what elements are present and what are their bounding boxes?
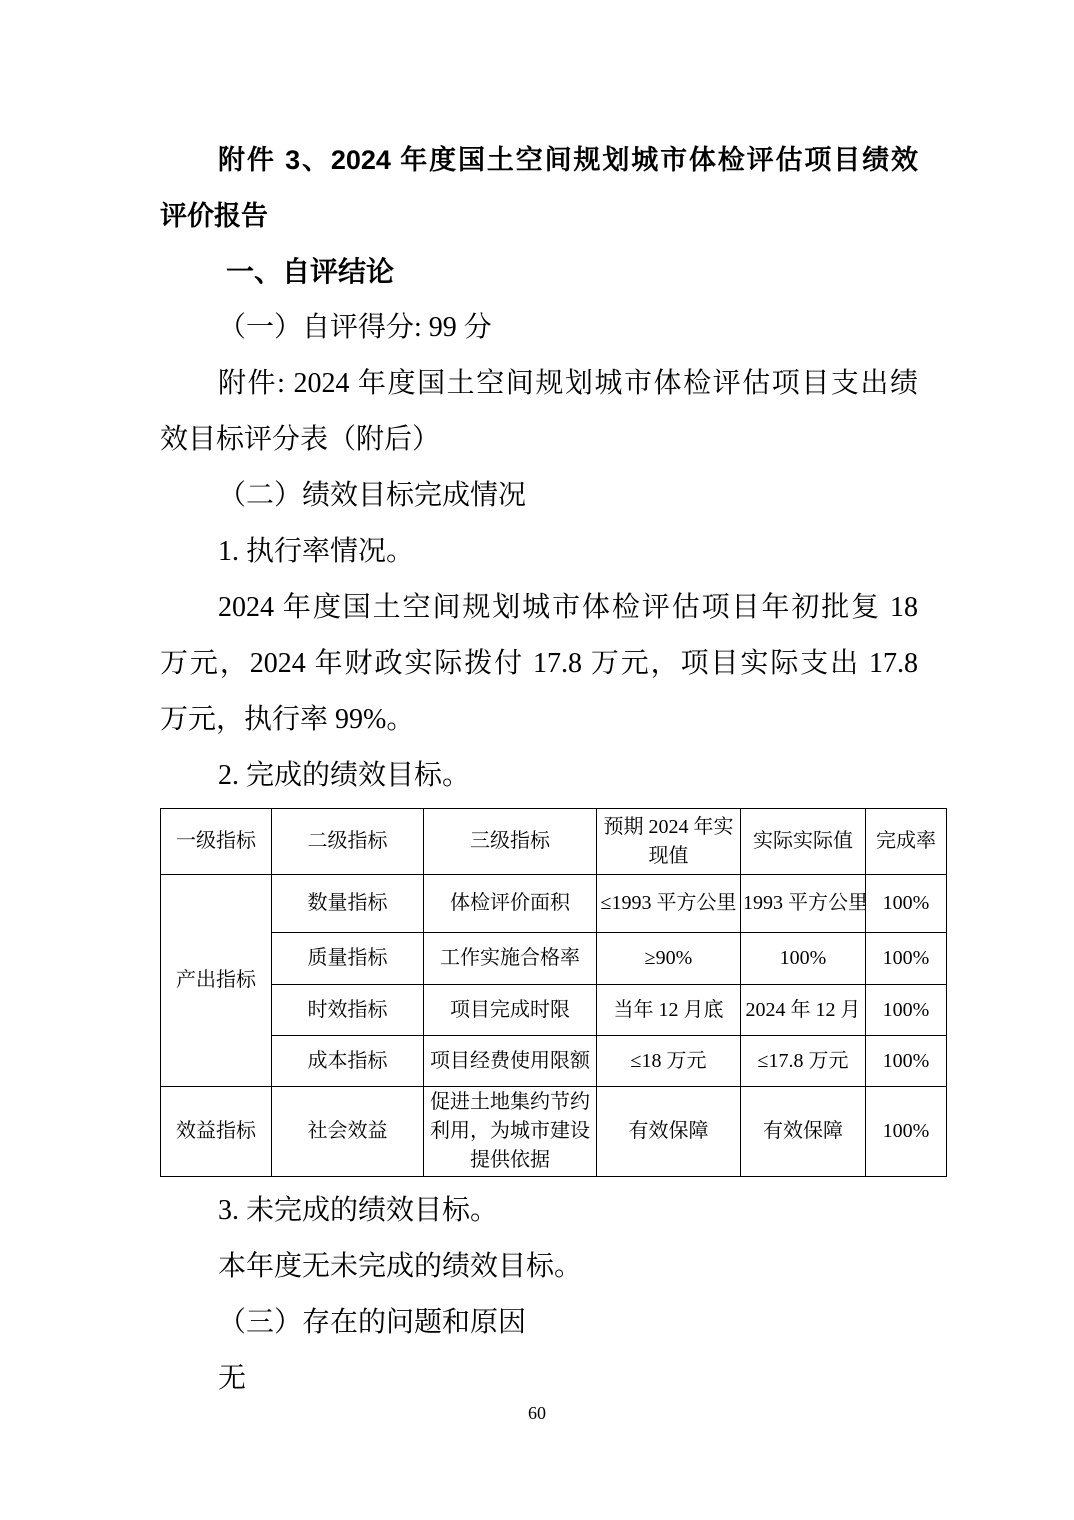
title-line-1: 附件 3、2024 年度国土空间规划城市体检评估项目绩效: [160, 132, 918, 188]
table-header-row: 一级指标 二级指标 三级指标 预期 2024 年实现值 实际实际值 完成率: [161, 809, 947, 875]
page-number: 60: [0, 1398, 1074, 1428]
performance-indicators-table: 一级指标 二级指标 三级指标 预期 2024 年实现值 实际实际值 完成率 产出…: [160, 808, 947, 1177]
heading-problems-causes: （三）存在的问题和原因: [160, 1295, 918, 1351]
cell-actual-deadline: 2024 年 12 月: [741, 985, 866, 1036]
header-completion-rate: 完成率: [866, 809, 947, 875]
cell-budget-limit: 项目经费使用限额: [424, 1036, 597, 1087]
cell-benefit-indicator: 效益指标: [161, 1087, 272, 1177]
header-level3-indicator: 三级指标: [424, 809, 597, 875]
table-row: 成本指标 项目经费使用限额 ≤18 万元 ≤17.8 万元 100%: [161, 1036, 947, 1087]
cell-actual-pass-rate: 100%: [741, 933, 866, 985]
cell-expected-deadline: 当年 12 月底: [597, 985, 741, 1036]
document-page: 附件 3、2024 年度国土空间规划城市体检评估项目绩效 评价报告 一、自评结论…: [0, 0, 1074, 1520]
execution-paragraph-line-3: 万元，执行率 99%。: [160, 692, 918, 748]
heading-goal-completion: （二）绩效目标完成情况: [160, 468, 918, 524]
header-level1-indicator: 一级指标: [161, 809, 272, 875]
cell-completion-deadline: 项目完成时限: [424, 985, 597, 1036]
cell-rate: 100%: [866, 875, 947, 933]
header-level2-indicator: 二级指标: [272, 809, 424, 875]
cell-expected-pass-rate: ≥90%: [597, 933, 741, 985]
table-row: 效益指标 社会效益 促进土地集约节约利用，为城市建设提供依据 有效保障 有效保障…: [161, 1087, 947, 1177]
cell-rate: 100%: [866, 985, 947, 1036]
execution-paragraph-line-2: 万元，2024 年财政实际拨付 17.8 万元，项目实际支出 17.8: [160, 636, 918, 692]
item-uncompleted-goals: 3. 未完成的绩效目标。: [160, 1183, 918, 1239]
cell-timeliness-indicator: 时效指标: [272, 985, 424, 1036]
cell-output-indicator: 产出指标: [161, 875, 272, 1087]
execution-paragraph-line-1: 2024 年度国土空间规划城市体检评估项目年初批复 18: [160, 580, 918, 636]
cell-actual-area: 1993 平方公里: [741, 875, 866, 933]
cell-expected-budget: ≤18 万元: [597, 1036, 741, 1087]
cell-benefit-description: 促进土地集约节约利用，为城市建设提供依据: [424, 1087, 597, 1177]
uncompleted-goals-text: 本年度无未完成的绩效目标。: [160, 1239, 918, 1295]
header-actual-value: 实际实际值: [741, 809, 866, 875]
cell-expected-area: ≤1993 平方公里: [597, 875, 741, 933]
cell-quantity-indicator: 数量指标: [272, 875, 424, 933]
cell-rate: 100%: [866, 933, 947, 985]
cell-expected-guarantee: 有效保障: [597, 1087, 741, 1177]
cell-quality-indicator: 质量指标: [272, 933, 424, 985]
cell-rate: 100%: [866, 1036, 947, 1087]
heading-self-eval-conclusion: 一、自评结论: [160, 244, 918, 300]
item-execution-rate: 1. 执行率情况。: [160, 524, 918, 580]
item-completed-goals: 2. 完成的绩效目标。: [160, 748, 918, 804]
document-content: 附件 3、2024 年度国土空间规划城市体检评估项目绩效 评价报告 一、自评结论…: [160, 132, 918, 1407]
cell-inspection-area: 体检评价面积: [424, 875, 597, 933]
cell-actual-guarantee: 有效保障: [741, 1087, 866, 1177]
title-line-2: 评价报告: [160, 188, 918, 244]
header-expected-2024-value: 预期 2024 年实现值: [597, 809, 741, 875]
table-row: 质量指标 工作实施合格率 ≥90% 100% 100%: [161, 933, 947, 985]
table-row: 产出指标 数量指标 体检评价面积 ≤1993 平方公里 1993 平方公里 10…: [161, 875, 947, 933]
cell-cost-indicator: 成本指标: [272, 1036, 424, 1087]
self-eval-score-line: （一）自评得分: 99 分: [160, 300, 918, 356]
cell-rate: 100%: [866, 1087, 947, 1177]
attachment-ref-line-1: 附件: 2024 年度国土空间规划城市体检评估项目支出绩: [160, 356, 918, 412]
cell-actual-budget: ≤17.8 万元: [741, 1036, 866, 1087]
cell-pass-rate: 工作实施合格率: [424, 933, 597, 985]
attachment-ref-line-2: 效目标评分表（附后）: [160, 412, 918, 468]
table-row: 时效指标 项目完成时限 当年 12 月底 2024 年 12 月 100%: [161, 985, 947, 1036]
cell-social-benefit: 社会效益: [272, 1087, 424, 1177]
